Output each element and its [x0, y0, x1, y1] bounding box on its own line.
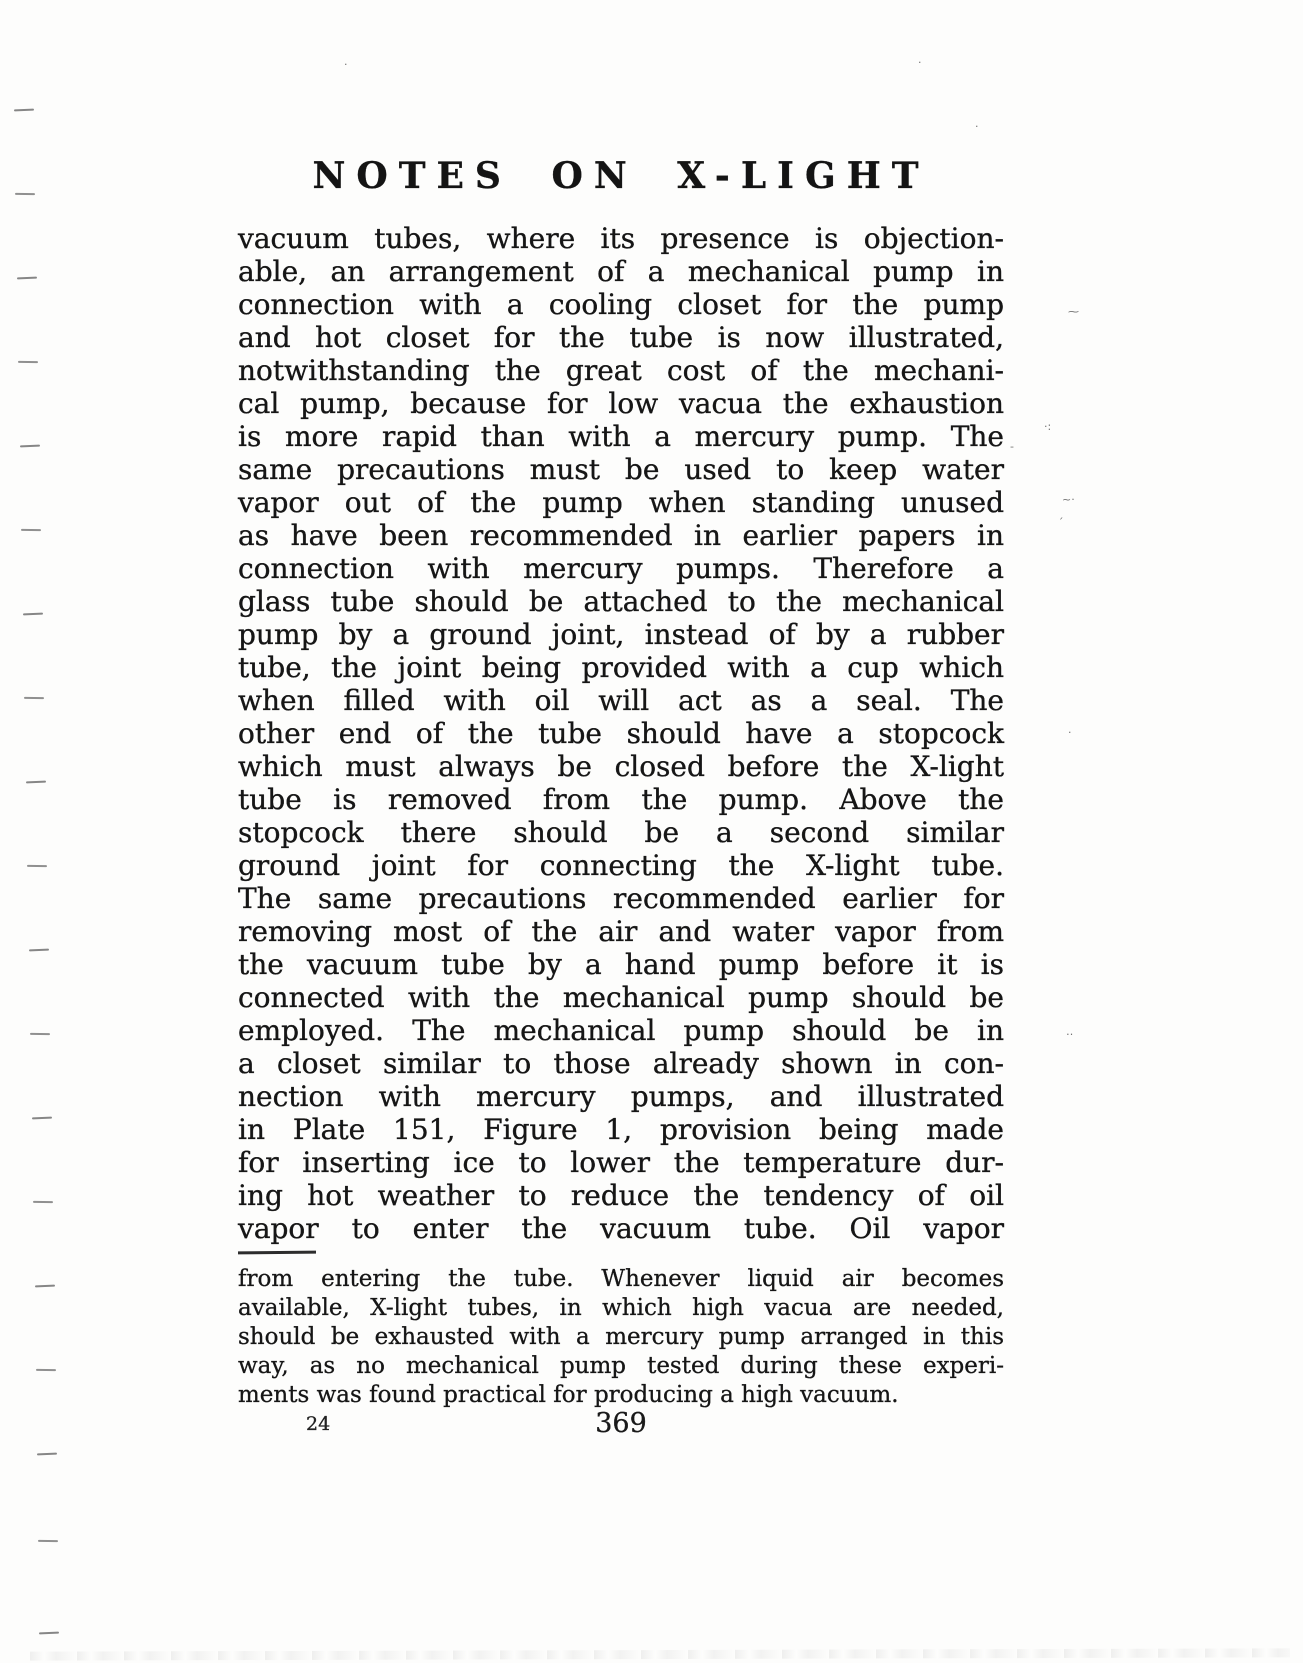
footnote-text-line: ments was found practical for producing … — [238, 1381, 1004, 1410]
body-text-line: cal pump, because for low vacua the exha… — [238, 387, 1004, 420]
body-text-line: and hot closet for the tube is now illus… — [238, 321, 1004, 354]
footnote-text-line: should be exhausted with a mercury pump … — [238, 1323, 1004, 1352]
body-text-line: vapor to enter the vacuum tube. Oil vapo… — [238, 1212, 1004, 1245]
scan-dash-artifact — [35, 1285, 55, 1288]
scan-speckle-artifact: ~· — [1062, 493, 1075, 506]
body-text-line: connection with mercury pumps. Therefore… — [238, 552, 1004, 585]
body-text-line: connected with the mechanical pump shoul… — [238, 981, 1004, 1014]
scan-speckle-artifact: ‥ — [1066, 1025, 1073, 1038]
scanned-book-page: ···⁓·:-~·´·‥ NOTES ON X-LIGHT vacuum tub… — [0, 0, 1303, 1663]
body-text-line: when filled with oil will act as a seal.… — [238, 684, 1004, 717]
body-text-line: nection with mercury pumps, and illustra… — [238, 1080, 1004, 1113]
scan-dash-artifact — [17, 277, 37, 280]
body-text-line: the vacuum tube by a hand pump before it… — [238, 948, 1004, 981]
bottom-scan-noise-artifact — [30, 1648, 1290, 1660]
scan-speckle-artifact: ·: — [1044, 420, 1051, 433]
body-text-line: employed. The mechanical pump should be … — [238, 1014, 1004, 1047]
body-text-line: as have been recommended in earlier pape… — [238, 519, 1004, 552]
scan-speckle-artifact: · — [1068, 726, 1072, 739]
scan-dash-artifact — [20, 445, 40, 448]
body-text-line: ground joint for connecting the X-light … — [238, 849, 1004, 882]
scan-dash-artifact — [30, 1033, 50, 1035]
body-text-line: able, an arrangement of a mechanical pum… — [238, 255, 1004, 288]
body-text-line: for inserting ice to lower the temperatu… — [238, 1146, 1004, 1179]
scan-speckle-artifact: · — [344, 58, 348, 71]
scan-dash-artifact — [29, 949, 49, 952]
body-text-line: notwithstanding the great cost of the me… — [238, 354, 1004, 387]
scan-speckle-artifact: ⁓ — [1068, 305, 1079, 318]
body-text-line: other end of the tube should have a stop… — [238, 717, 1004, 750]
body-text-line: tube, the joint being provided with a cu… — [238, 651, 1004, 684]
footnote-separator-rule — [238, 1251, 316, 1255]
scan-dash-artifact — [14, 109, 34, 112]
scan-dash-artifact — [26, 781, 46, 784]
footnote-text-line: available, X-light tubes, in which high … — [238, 1294, 1004, 1323]
scan-speckle-artifact: ´ — [1058, 516, 1064, 529]
body-text-line: which must always be closed before the X… — [238, 750, 1004, 783]
body-text-line: vacuum tubes, where its presence is obje… — [238, 222, 1004, 255]
body-text-line: in Plate 151, Figure 1, provision being … — [238, 1113, 1004, 1146]
body-text-line: a closet similar to those already shown … — [238, 1047, 1004, 1080]
scan-speckle-artifact: - — [1010, 440, 1014, 453]
scan-dash-artifact — [27, 865, 47, 867]
scan-dash-artifact — [36, 1369, 56, 1371]
scan-dash-artifact — [21, 529, 41, 531]
body-text: vacuum tubes, where its presence is obje… — [238, 222, 1004, 1245]
body-text-line: same precautions must be used to keep wa… — [238, 453, 1004, 486]
scan-dash-artifact — [38, 1540, 58, 1542]
scan-speckle-artifact: · — [918, 56, 922, 69]
scan-dash-artifact — [23, 613, 43, 616]
scan-dash-artifact — [24, 697, 44, 699]
scan-dash-artifact — [33, 1201, 53, 1203]
scan-dash-artifact — [15, 193, 35, 195]
body-text-line: ing hot weather to reduce the tendency o… — [238, 1179, 1004, 1212]
body-text-line: pump by a ground joint, instead of by a … — [238, 618, 1004, 651]
scan-dash-artifact — [18, 361, 38, 363]
footnote-text-line: from entering the tube. Whenever liquid … — [238, 1265, 1004, 1294]
footnote-text-line: way, as no mechanical pump tested during… — [238, 1352, 1004, 1381]
body-text-line: tube is removed from the pump. Above the — [238, 783, 1004, 816]
scan-speckle-artifact: · — [975, 120, 979, 133]
body-text-line: is more rapid than with a mercury pump. … — [238, 420, 1004, 453]
body-text-line: connection with a cooling closet for the… — [238, 288, 1004, 321]
page-number: 369 — [238, 1408, 1004, 1439]
scan-dash-artifact — [39, 1632, 59, 1635]
body-text-line: The same precautions recommended earlier… — [238, 882, 1004, 915]
body-text-line: vapor out of the pump when standing unus… — [238, 486, 1004, 519]
body-text-line: removing most of the air and water vapor… — [238, 915, 1004, 948]
page-title: NOTES ON X-LIGHT — [238, 155, 1004, 197]
scan-dash-artifact — [37, 1453, 57, 1456]
footnote-text: from entering the tube. Whenever liquid … — [238, 1265, 1004, 1410]
body-text-line: glass tube should be attached to the mec… — [238, 585, 1004, 618]
body-text-line: stopcock there should be a second simila… — [238, 816, 1004, 849]
scan-dash-artifact — [32, 1117, 52, 1120]
